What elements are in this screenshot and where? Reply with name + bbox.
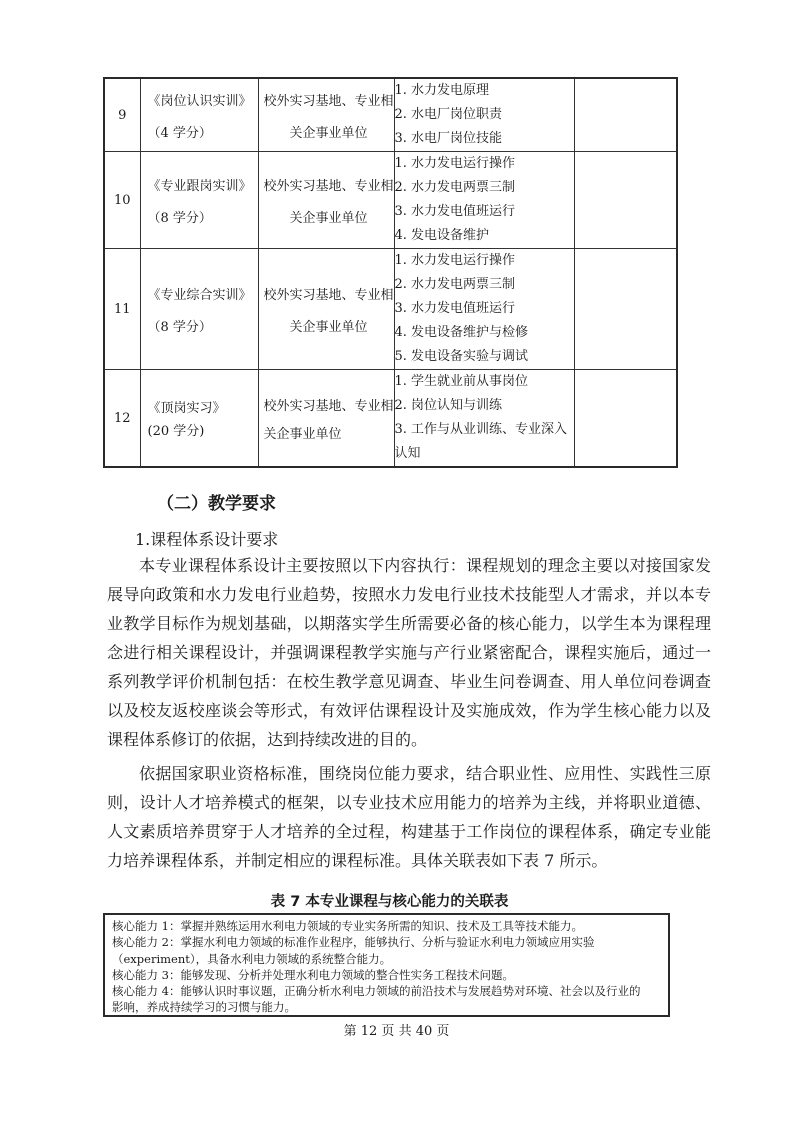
page-number-footer: 第 12 页 共 40 页 — [0, 1020, 793, 1039]
content-item: 1. 水力发电原理 — [395, 79, 574, 103]
table7-caption: 表 7 本专业课程与核心能力的关联表 — [103, 890, 676, 911]
course-name-cell: 《专业综合实训》 （8 学分） — [140, 249, 258, 370]
course-credit: （8 学分） — [148, 316, 258, 335]
row-number: 10 — [104, 152, 140, 249]
course-content-cell: 1. 学生就业前从事岗位 2. 岗位认知与训练 3. 工作与从业训练、专业深入认… — [394, 370, 574, 468]
core-competency-line: 核心能力 3：能够发现、分析并处理水利电力领域的整合性实务工程技术问题。 — [112, 967, 662, 983]
paragraph-competency-framework: 依据国家职业资格标准，围绕岗位能力要求，结合职业性、应用性、实践性三原则，设计人… — [107, 759, 711, 875]
location-line1: 校外实习基地、专业相 — [264, 175, 394, 194]
content-item: 1. 水力发电运行操作 — [395, 152, 574, 176]
core-competency-line: 核心能力 4：能够认识时事议题，正确分析水利电力领域的前沿技术与发展趋势对环境、… — [112, 983, 662, 999]
content-item: 3. 工作与从业训练、专业深入认知 — [395, 418, 574, 466]
table-row: 12 《顶岗实习》 (20 学分) 校外实习基地、专业相 关企事业单位 1. 学… — [104, 370, 677, 468]
empty-cell — [574, 152, 677, 249]
content-item: 3. 水力发电值班运行 — [395, 297, 574, 321]
course-name-cell: 《岗位认识实训》 （4 学分） — [140, 78, 258, 152]
row-number: 9 — [104, 78, 140, 152]
content-item: 2. 水力发电两票三制 — [395, 176, 574, 200]
content-item: 3. 水力发电值班运行 — [395, 200, 574, 224]
document-page: 9 《岗位认识实训》 （4 学分） 校外实习基地、专业相 关企事业单位 1. 水… — [0, 0, 793, 1122]
course-name-cell: 《专业跟岗实训》 （8 学分） — [140, 152, 258, 249]
location-line2: 关企事业单位 — [264, 423, 394, 442]
course-content-cell: 1. 水力发电运行操作 2. 水力发电两票三制 3. 水力发电值班运行 4. 发… — [394, 249, 574, 370]
location-line2: 关企事业单位 — [264, 122, 394, 141]
course-name-cell: 《顶岗实习》 (20 学分) — [140, 370, 258, 468]
core-competency-box: 核心能力 1：掌握并熟练运用水利电力领域的专业实务所需的知识、技术及工具等技术能… — [103, 913, 670, 1017]
core-competency-line: 核心能力 2：掌握水利电力领域的标准作业程序，能够执行、分析与验证水利电力领域应… — [112, 934, 662, 950]
course-credit: （4 学分） — [148, 122, 258, 141]
course-name: 《岗位认识实训》 — [148, 90, 258, 109]
content-item: 5. 发电设备实验与调试 — [395, 345, 574, 369]
sub-heading: 1.课程体系设计要求 — [135, 527, 278, 550]
practical-course-table: 9 《岗位认识实训》 （4 学分） 校外实习基地、专业相 关企事业单位 1. 水… — [103, 77, 678, 468]
course-name: 《专业跟岗实训》 — [148, 175, 258, 194]
core-competency-line: （experiment），具备水利电力领域的系统整合能力。 — [112, 951, 662, 967]
content-item: 3. 水电厂岗位技能 — [395, 127, 574, 151]
core-competency-line: 核心能力 1：掌握并熟练运用水利电力领域的专业实务所需的知识、技术及工具等技术能… — [112, 918, 662, 934]
location-line2: 关企事业单位 — [264, 316, 394, 335]
row-number: 12 — [104, 370, 140, 468]
location-line1: 校外实习基地、专业相 — [264, 284, 394, 303]
core-competency-line: 影响，养成持续学习的习惯与能力。 — [112, 999, 662, 1015]
course-location-cell: 校外实习基地、专业相 关企事业单位 — [258, 152, 394, 249]
course-location-cell: 校外实习基地、专业相 关企事业单位 — [258, 249, 394, 370]
course-name: 《专业综合实训》 — [148, 284, 258, 303]
course-location-cell: 校外实习基地、专业相 关企事业单位 — [258, 78, 394, 152]
content-item: 2. 水电厂岗位职责 — [395, 103, 574, 127]
content-item: 1. 水力发电运行操作 — [395, 249, 574, 273]
empty-cell — [574, 370, 677, 468]
location-line2: 关企事业单位 — [264, 207, 394, 226]
table-row: 11 《专业综合实训》 （8 学分） 校外实习基地、专业相 关企事业单位 1. … — [104, 249, 677, 370]
section-heading: （二）教学要求 — [157, 489, 276, 514]
course-location-cell: 校外实习基地、专业相 关企事业单位 — [258, 370, 394, 468]
course-credit: (20 学分) — [148, 420, 258, 439]
course-credit: （8 学分） — [148, 207, 258, 226]
location-line1: 校外实习基地、专业相 — [264, 90, 394, 109]
course-name: 《顶岗实习》 — [148, 397, 258, 416]
content-item: 1. 学生就业前从事岗位 — [395, 370, 574, 394]
course-content-cell: 1. 水力发电原理 2. 水电厂岗位职责 3. 水电厂岗位技能 — [394, 78, 574, 152]
content-item: 2. 水力发电两票三制 — [395, 273, 574, 297]
empty-cell — [574, 249, 677, 370]
empty-cell — [574, 78, 677, 152]
table-row: 10 《专业跟岗实训》 （8 学分） 校外实习基地、专业相 关企事业单位 1. … — [104, 152, 677, 249]
content-item: 4. 发电设备维护 — [395, 224, 574, 248]
paragraph-curriculum-design: 本专业课程体系设计主要按照以下内容执行：课程规划的理念主要以对接国家发展导向政策… — [107, 551, 711, 754]
table-row: 9 《岗位认识实训》 （4 学分） 校外实习基地、专业相 关企事业单位 1. 水… — [104, 78, 677, 152]
content-item: 4. 发电设备维护与检修 — [395, 321, 574, 345]
row-number: 11 — [104, 249, 140, 370]
location-line1: 校外实习基地、专业相 — [264, 395, 394, 414]
course-content-cell: 1. 水力发电运行操作 2. 水力发电两票三制 3. 水力发电值班运行 4. 发… — [394, 152, 574, 249]
content-item: 2. 岗位认知与训练 — [395, 394, 574, 418]
